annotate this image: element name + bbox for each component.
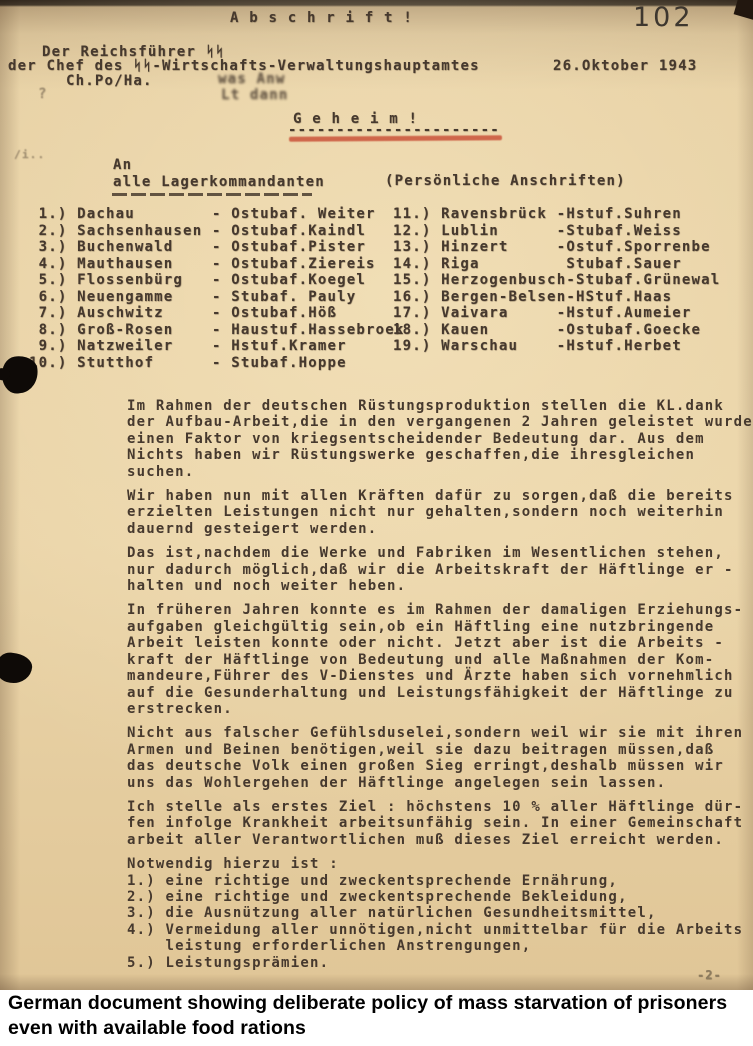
paragraph: Das ist,nachdem die Werke und Fabriken i… <box>127 545 753 594</box>
paragraph: Nicht aus falscher Gefühlsduselei,sonder… <box>127 725 753 791</box>
camp-list-row: 7.) Auschwitz - Ostubaf.Höß <box>29 305 405 322</box>
paragraph: Notwendig hierzu ist : 1.) eine richtige… <box>127 856 753 971</box>
camp-list-row: 12.) Lublin -Stubaf.Weiss <box>393 223 720 240</box>
camp-list-row: 1.) Dachau - Ostubaf. Weiter <box>29 206 405 223</box>
document-page: A b s c h r i f t ! 102 Der Reichsführer… <box>0 0 753 990</box>
page-number: 102 <box>633 2 694 33</box>
stamp-smudge-line-2: Lt dann <box>221 87 288 103</box>
paragraph: Ich stelle als erstes Ziel : höchstens 1… <box>127 799 753 848</box>
caption: German document showing deliberate polic… <box>0 990 753 1046</box>
camp-list-left: 1.) Dachau - Ostubaf. Weiter 2.) Sachsen… <box>29 206 405 371</box>
margin-mark: /i.. <box>14 148 45 161</box>
recipient-line-2: alle Lagerkommandanten <box>113 174 325 190</box>
document-body: Im Rahmen der deutschen Rüstungsprodukti… <box>127 398 753 979</box>
ink-blot <box>0 651 33 684</box>
camp-list-row: 17.) Vaivara -Hstuf.Aumeier <box>393 305 720 322</box>
camp-list-row: 14.) Riga Stubaf.Sauer <box>393 256 720 273</box>
paragraph: In früheren Jahren konnte es im Rahmen d… <box>127 602 753 717</box>
camp-list-row: 11.) Ravensbrück -Hstuf.Suhren <box>393 206 720 223</box>
scan-corner-shadow <box>734 0 753 21</box>
caption-text: German document showing deliberate polic… <box>8 991 753 1040</box>
camp-list-row: 18.) Kauen -Ostubaf.Goecke <box>393 322 720 339</box>
camp-list-row: 19.) Warschau -Hstuf.Herbet <box>393 338 720 355</box>
camp-list-row: 8.) Groß-Rosen - Haustuf.Hassebroek <box>29 322 405 339</box>
margin-mark: ? <box>38 86 48 102</box>
camp-list-row: 4.) Mauthausen - Ostubaf.Ziereis <box>29 256 405 273</box>
red-pencil-underline <box>289 135 502 141</box>
recipient-block: Analle Lagerkommandanten <box>113 157 325 190</box>
reference-code: Ch.Po/Ha. <box>66 73 153 89</box>
camp-list-row: 2.) Sachsenhausen - Ostubaf.Kaindl <box>29 223 405 240</box>
recipient-line-1: An <box>113 157 132 173</box>
camp-list-row: 15.) Herzogenbusch-Stubaf.Grünewal <box>393 272 720 289</box>
stamp-smudge-line-1: was Anw <box>218 71 285 87</box>
camp-list-row: 6.) Neuengamme - Stubaf. Pauly <box>29 289 405 306</box>
camp-list-row: 9.) Natzweiler - Hstuf.Kramer <box>29 338 405 355</box>
camp-list-row: 10.) Stutthof - Stubaf.Hoppe <box>29 355 405 372</box>
page-footer: -2- <box>697 968 722 982</box>
camp-list-row: 13.) Hinzert -Ostuf.Sporrenbe <box>393 239 720 256</box>
recipient-note: (Persönliche Anschriften) <box>385 173 626 189</box>
recipient-underline <box>112 193 312 196</box>
camp-list-right: 11.) Ravensbrück -Hstuf.Suhren12.) Lubli… <box>393 206 720 355</box>
paragraph: Wir haben nun mit allen Kräften dafür zu… <box>127 488 753 537</box>
document-date: 26.Oktober 1943 <box>553 58 697 74</box>
camp-list-row: 5.) Flossenbürg - Ostubaf.Koegel <box>29 272 405 289</box>
paragraph: Im Rahmen der deutschen Rüstungsprodukti… <box>127 398 753 480</box>
copy-label: A b s c h r i f t ! <box>230 10 413 26</box>
camp-list-row: 16.) Bergen-Belsen-HStuf.Haas <box>393 289 720 306</box>
camp-list-row: 3.) Buchenwald - Ostubaf.Pister <box>29 239 405 256</box>
